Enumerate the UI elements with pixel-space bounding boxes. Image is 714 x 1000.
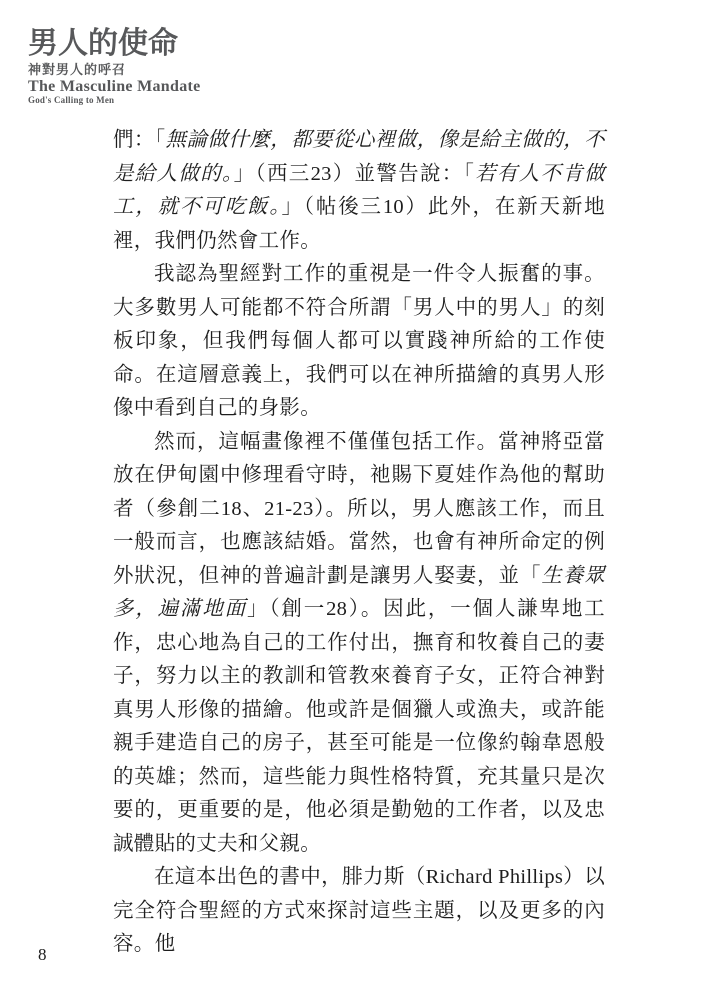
- logo-title-en: The Masculine Mandate: [28, 79, 201, 95]
- paragraph: 們：「無論做什麼，都要從心裡做，像是給主做的，不是給人做的。」（西三23）並警告…: [113, 124, 605, 258]
- page-number: 8: [38, 945, 47, 965]
- text-run: 們：「: [113, 129, 166, 151]
- logo-subtitle-zh: 神對男人的呼召: [28, 63, 201, 76]
- logo-title-zh: 男人的使命: [28, 29, 201, 59]
- book-logo: 男人的使命 神對男人的呼召 The Masculine Mandate God'…: [28, 29, 201, 105]
- paragraph: 在這本出色的書中，腓力斯（Richard Phillips）以完全符合聖經的方式…: [113, 861, 605, 962]
- body-text-column: 們：「無論做什麼，都要從心裡做，像是給主做的，不是給人做的。」（西三23）並警告…: [113, 124, 605, 962]
- text-run: 」（西三23）並警告說：「: [234, 163, 476, 185]
- logo-subtitle-en: God's Calling to Men: [28, 96, 201, 105]
- text-run: 」（創一28）。因此，一個人謙卑地工作，忠心地為自己的工作付出，撫育和牧養自己的…: [113, 598, 605, 855]
- text-run: 然而，這幅畫像裡不僅僅包括工作。當神將亞當放在伊甸園中修理看守時，祂賜下夏娃作為…: [113, 431, 605, 587]
- text-run: 在這本出色的書中，腓力斯（Richard Phillips）以完全符合聖經的方式…: [113, 866, 605, 955]
- paragraph: 然而，這幅畫像裡不僅僅包括工作。當神將亞當放在伊甸園中修理看守時，祂賜下夏娃作為…: [113, 426, 605, 862]
- paragraph: 我認為聖經對工作的重視是一件令人振奮的事。大多數男人可能都不符合所謂「男人中的男…: [113, 258, 605, 426]
- book-page: 男人的使命 神對男人的呼召 The Masculine Mandate God'…: [0, 0, 714, 1000]
- text-run: 我認為聖經對工作的重視是一件令人振奮的事。大多數男人可能都不符合所謂「男人中的男…: [113, 263, 605, 419]
